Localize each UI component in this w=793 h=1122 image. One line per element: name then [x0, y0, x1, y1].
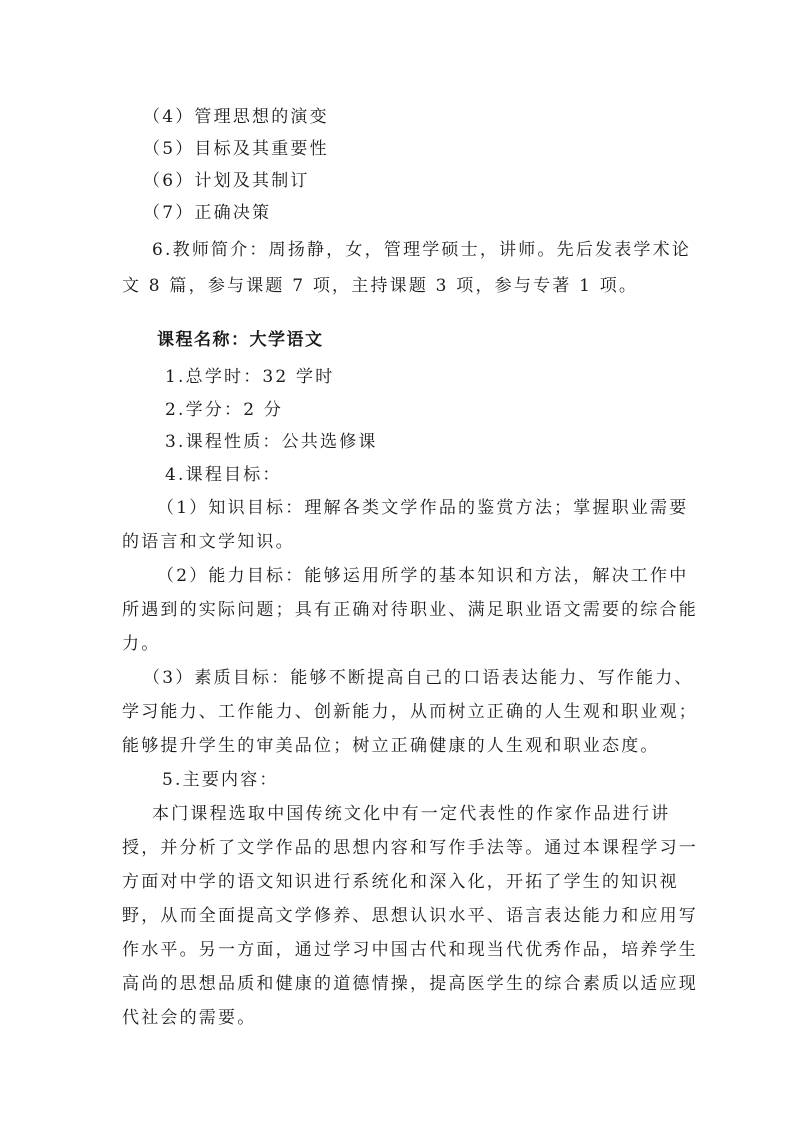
content-body-line-5: 作水平。另一方面，通过学习中国古代和现当代优秀作品，培养学生 — [122, 940, 698, 960]
course-nature: 3.课程性质：公共选修课 — [165, 432, 378, 452]
course-hours: 1.总学时：32 学时 — [165, 367, 334, 387]
content-body-line-7: 代社会的需要。 — [122, 1008, 256, 1028]
goal-ability-line-1: （2）能力目标：能够运用所学的基本知识和方法，解决工作中 — [157, 566, 688, 586]
goal-ability-line-3: 力。 — [122, 634, 160, 654]
content-item-6: （6）计划及其制订 — [143, 171, 310, 191]
content-item-7: （7）正确决策 — [143, 203, 271, 223]
content-body-line-6: 高尚的思想品质和健康的道德情操，提高医学生的综合素质以适应现 — [122, 974, 698, 994]
course-title: 课程名称：大学语文 — [157, 330, 324, 350]
goal-quality-line-1: （3）素质目标：能够不断提高自己的口语表达能力、写作能力、 — [143, 668, 694, 688]
content-body-line-3: 方面对中学的语文知识进行系统化和深入化，开拓了学生的知识视 — [122, 872, 679, 892]
goal-ability-line-2: 所遇到的实际问题；具有正确对待职业、满足职业语文需要的综合能 — [122, 600, 698, 620]
content-item-5: （5）目标及其重要性 — [143, 139, 329, 159]
content-body-line-4: 野，从而全面提高文学修养、思想认识水平、语言表达能力和应用写 — [122, 906, 698, 926]
goal-quality-line-2: 学习能力、工作能力、创新能力，从而树立正确的人生观和职业观； — [122, 702, 698, 722]
goal-knowledge-line-1: （1）知识目标：理解各类文学作品的鉴赏方法；掌握职业需要 — [157, 498, 688, 518]
goal-quality-line-3: 能够提升学生的审美品位；树立正确健康的人生观和职业态度。 — [122, 736, 660, 756]
course-goals-heading: 4.课程目标： — [165, 465, 282, 485]
content-heading: 5.主要内容： — [162, 770, 279, 790]
goal-knowledge-line-2: 的语言和文学知识。 — [122, 532, 295, 552]
content-body-line-1: 本门课程选取中国传统文化中有一定代表性的作家作品进行讲 — [152, 804, 670, 824]
content-item-4: （4）管理思想的演变 — [143, 107, 329, 127]
teacher-intro-line-1: 6.教师简介：周扬静，女，管理学硕士，讲师。先后发表学术论 — [152, 240, 691, 260]
content-body-line-2: 授，并分析了文学作品的思想内容和写作手法等。通过本课程学习一 — [122, 838, 698, 858]
course-credits: 2.学分：2 分 — [165, 400, 283, 420]
teacher-intro-line-2: 文 8 篇，参与课题 7 项，主持课题 3 项，参与专著 1 项。 — [122, 276, 638, 296]
